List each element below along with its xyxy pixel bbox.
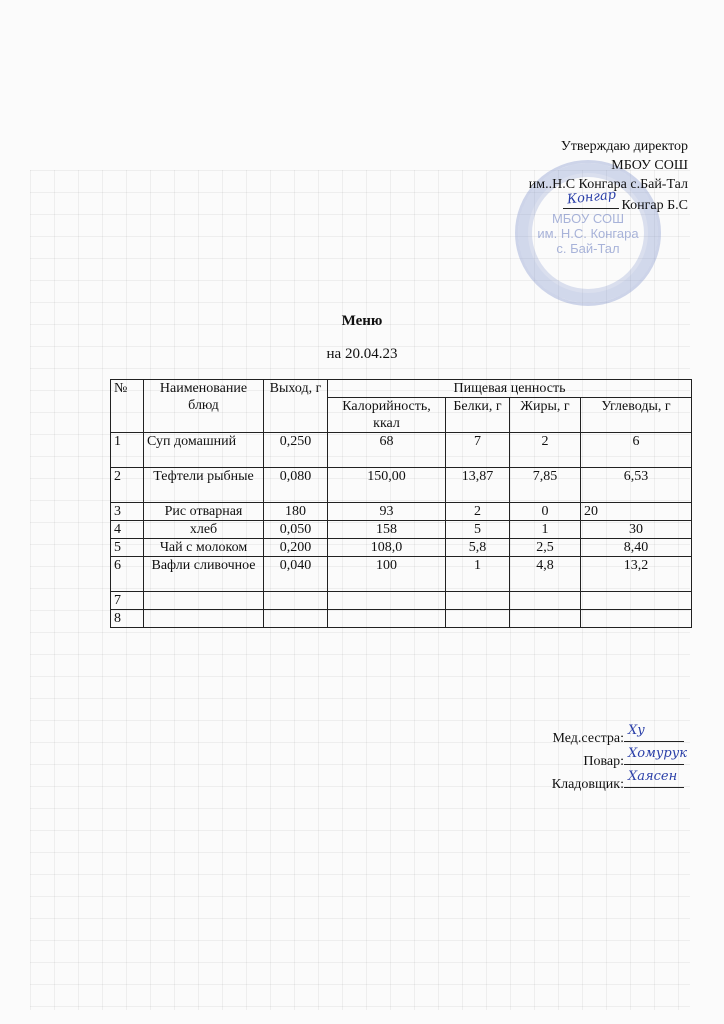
header-yield: Выход, г [264,380,328,433]
row-number: 1 [111,433,144,468]
cook-label: Повар: [583,754,624,769]
dish-yield: 0,080 [264,468,328,503]
dish-name: Вафли сливочное [144,557,264,592]
row-number: 8 [111,610,144,628]
dish-name: Суп домашний [144,433,264,468]
header-carbs: Углеводы, г [581,398,692,433]
dish-kcal [328,610,446,628]
dish-yield [264,610,328,628]
storekeeper-signature: Хаясен [628,765,677,788]
dish-carbs: 8,40 [581,539,692,557]
dish-carbs: 6,53 [581,468,692,503]
dish-name [144,610,264,628]
dish-yield: 0,050 [264,521,328,539]
dish-kcal: 100 [328,557,446,592]
header-num: № [111,380,144,433]
header-name: Наименование блюд [144,380,264,433]
dish-fat: 4,8 [510,557,581,592]
dish-fat: 0 [510,503,581,521]
dish-protein: 5,8 [446,539,510,557]
approval-line-2: МБОУ СОШ [529,156,688,175]
table-row: 6Вафли сливочное0,04010014,813,2 [111,557,692,592]
director-signature-row: КонгарКонгар Б.С [529,194,688,215]
storekeeper-row: Кладовщик:Хаясен [552,773,684,796]
row-number: 2 [111,468,144,503]
director-name: Конгар Б.С [622,198,688,213]
storekeeper-label: Кладовщик: [552,777,624,792]
row-number: 3 [111,503,144,521]
table-row: 4хлеб0,0501585130 [111,521,692,539]
dish-name: Тефтели рыбные [144,468,264,503]
dish-carbs [581,592,692,610]
row-number: 5 [111,539,144,557]
approval-line-1: Утверждаю директор [529,137,688,156]
dish-carbs [581,610,692,628]
dish-kcal: 68 [328,433,446,468]
dish-protein: 7 [446,433,510,468]
dish-protein: 5 [446,521,510,539]
row-number: 4 [111,521,144,539]
dish-protein: 1 [446,557,510,592]
dish-yield: 0,200 [264,539,328,557]
dish-name [144,592,264,610]
menu-date: на 20.04.23 [0,346,724,363]
dish-fat: 2,5 [510,539,581,557]
dish-yield: 0,250 [264,433,328,468]
dish-yield [264,592,328,610]
row-number: 7 [111,592,144,610]
nurse-label: Мед.сестра: [553,731,624,746]
dish-carbs: 30 [581,521,692,539]
dish-yield: 0,040 [264,557,328,592]
dish-protein [446,592,510,610]
dish-protein: 2 [446,503,510,521]
menu-table: № Наименование блюд Выход, г Пищевая цен… [110,379,692,628]
dish-kcal: 93 [328,503,446,521]
staff-signatures: Мед.сестра:Ху Повар:Хомурук Кладовщик:Ха… [552,727,684,796]
dish-name: хлеб [144,521,264,539]
table-row: 3Рис отварная180932020 [111,503,692,521]
director-signature: Конгар [566,185,617,209]
dish-carbs: 6 [581,433,692,468]
cook-signature: Хомурук [628,742,687,765]
stamp-line-3: с. Бай-Тал [556,241,619,256]
dish-carbs: 13,2 [581,557,692,592]
header-protein: Белки, г [446,398,510,433]
header-nutrition: Пищевая ценность [328,380,692,398]
stamp-line-2: им. Н.С. Конгара [537,226,638,241]
nurse-signature-line: Ху [624,727,684,742]
dish-fat [510,592,581,610]
header-fat: Жиры, г [510,398,581,433]
page-title: Меню [0,313,724,330]
table-row: 8 [111,610,692,628]
dish-fat: 1 [510,521,581,539]
approval-block: Утверждаю директор МБОУ СОШ им..Н.С Конг… [529,137,688,215]
table-row: 2Тефтели рыбные0,080150,0013,877,856,53 [111,468,692,503]
dish-fat [510,610,581,628]
dish-carbs: 20 [581,503,692,521]
row-number: 6 [111,557,144,592]
dish-kcal: 108,0 [328,539,446,557]
dish-fat: 7,85 [510,468,581,503]
cook-signature-line: Хомурук [624,750,684,765]
header-row-1: № Наименование блюд Выход, г Пищевая цен… [111,380,692,398]
nurse-signature: Ху [628,719,645,742]
dish-kcal [328,592,446,610]
dish-name: Чай с молоком [144,539,264,557]
dish-protein: 13,87 [446,468,510,503]
dish-kcal: 150,00 [328,468,446,503]
dish-yield: 180 [264,503,328,521]
table-row: 1Суп домашний0,25068726 [111,433,692,468]
dish-protein [446,610,510,628]
table-row: 7 [111,592,692,610]
dish-name: Рис отварная [144,503,264,521]
dish-kcal: 158 [328,521,446,539]
storekeeper-signature-line: Хаясен [624,773,684,788]
table-row: 5Чай с молоком0,200108,05,82,58,40 [111,539,692,557]
director-signature-line: Конгар [563,194,619,209]
menu-table-body: 1Суп домашний0,250687262Тефтели рыбные0,… [111,433,692,628]
header-kcal: Калорийность, ккал [328,398,446,433]
dish-fat: 2 [510,433,581,468]
